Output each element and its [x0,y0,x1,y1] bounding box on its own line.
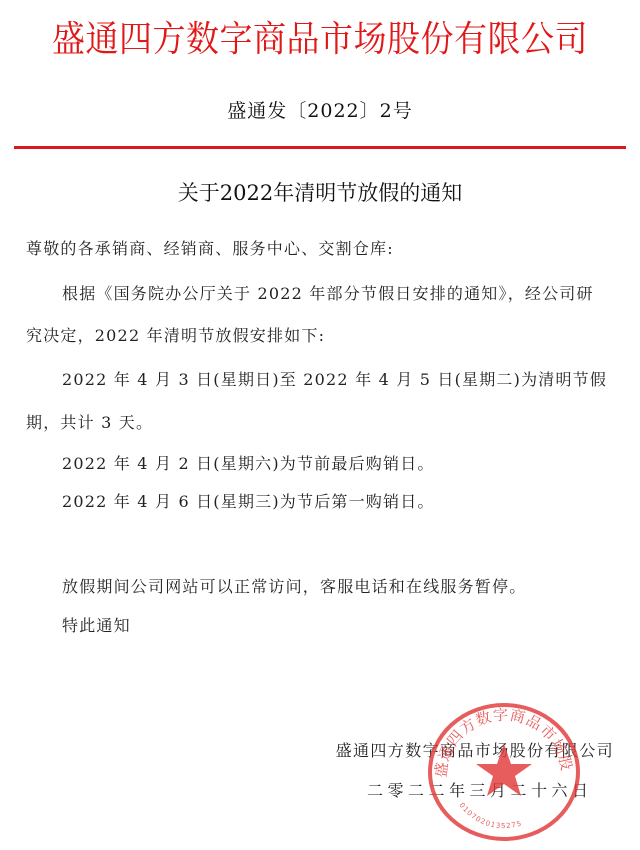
document-number: 盛通发〔2022〕2号 [0,96,640,126]
signature-date: 二零二二年三月二十六日 [367,780,593,802]
paragraph-service-notice: 放假期间公司网站可以正常访问，客服电话和在线服务暂停。 [62,576,640,598]
stamp-number: 0107020135275 [458,801,524,830]
paragraph-last-trading-day: 2022 年 4 月 2 日(星期六)为节前最后购销日。 [62,453,640,475]
paragraph-holiday-line1: 2022 年 4 月 3 日(星期日)至 2022 年 4 月 5 日(星期二)… [62,369,640,391]
paragraph-basis-line2: 究决定，2022 年清明节放假安排如下: [26,325,626,347]
notice-title: 关于2022年清明节放假的通知 [0,178,640,208]
letterhead-divider [14,146,626,149]
signature-company: 盛通四方数字商品市场股份有限公司 [336,740,614,762]
paragraph-basis-line1: 根据《国务院办公厅关于 2022 年部分节假日安排的通知》，经公司研 [62,283,640,305]
company-letterhead: 盛通四方数字商品市场股份有限公司 [0,12,640,66]
paragraph-first-trading-day: 2022 年 4 月 6 日(星期三)为节后第一购销日。 [62,491,640,513]
company-seal-stamp: 盛通四方数字商品市场股份有限公司 0107020135275 [424,700,584,842]
paragraph-holiday-line2: 期，共计 3 天。 [26,412,626,434]
salutation: 尊敬的各承销商、经销商、服务中心、交割仓库: [26,238,626,260]
closing-remark: 特此通知 [62,615,640,637]
svg-text:0107020135275: 0107020135275 [458,801,524,830]
